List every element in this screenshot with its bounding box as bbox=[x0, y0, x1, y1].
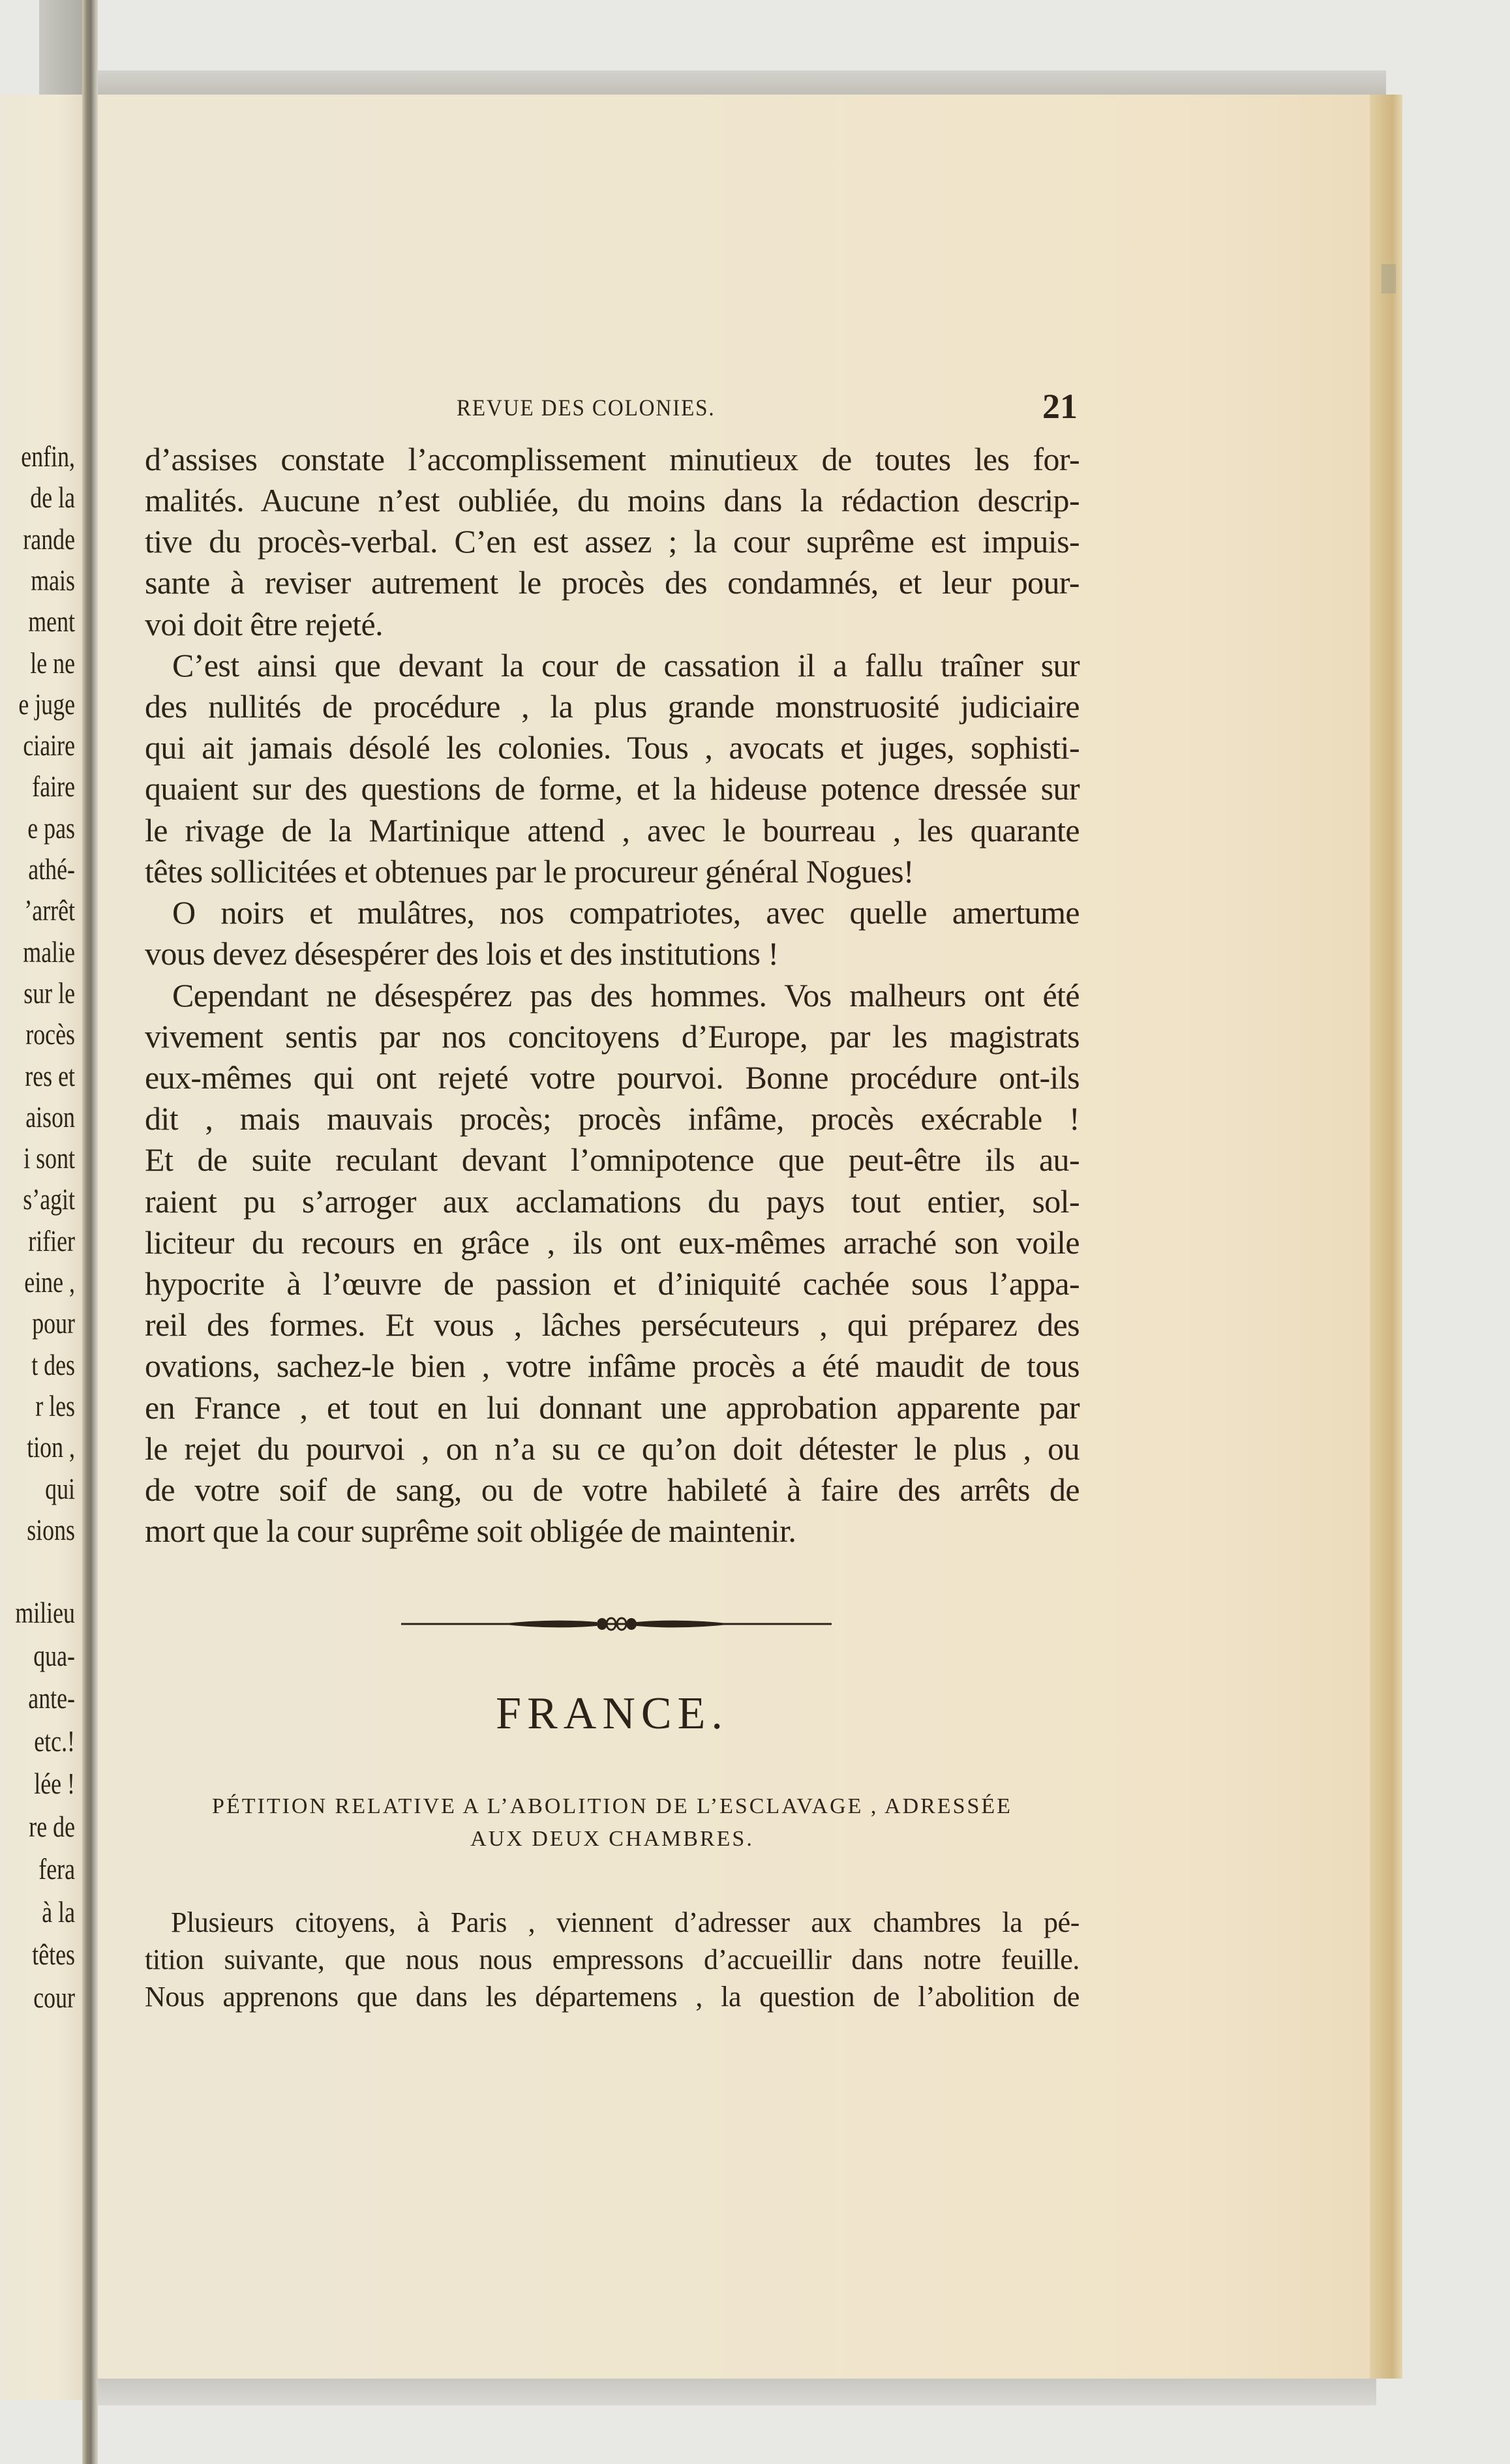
left-page-fragment: eine , bbox=[4, 1264, 75, 1300]
left-page-fragment: qua- bbox=[4, 1638, 75, 1674]
paper-stain bbox=[1382, 264, 1396, 293]
left-page-fragment: etc.! bbox=[4, 1723, 75, 1760]
left-page-fragment: res et bbox=[4, 1058, 75, 1094]
left-page-fragment: e juge bbox=[4, 686, 75, 723]
left-page-fragment: malie bbox=[4, 934, 75, 970]
text-line: quaient sur des questions de forme, et l… bbox=[145, 768, 1080, 809]
left-page-fragment: e pas bbox=[4, 810, 75, 847]
left-page-fragment: re de bbox=[4, 1809, 75, 1845]
text-line: Plusieurs citoyens, à Paris , viennent d… bbox=[145, 1904, 1080, 1941]
section-subtitle: PÉTITION RELATIVE A L’ABOLITION DE L’ESC… bbox=[145, 1792, 1080, 1821]
left-page-fragment: r les bbox=[4, 1388, 75, 1424]
left-page-fragment: ciaire bbox=[4, 727, 75, 764]
text-line: reil des formes. Et vous , lâches perséc… bbox=[145, 1304, 1080, 1345]
text-line: d’assises constate l’accomplissement min… bbox=[145, 438, 1080, 480]
left-page-fragment: ’arrêt bbox=[4, 892, 75, 929]
left-page-fragment: faire bbox=[4, 768, 75, 805]
left-page-fragment: pour bbox=[4, 1305, 75, 1342]
page-top-shadow bbox=[98, 70, 1386, 97]
page-fore-edge bbox=[1370, 95, 1402, 2379]
left-page-fragment: à la bbox=[4, 1894, 75, 1931]
left-page-fragment: enfin, bbox=[4, 438, 75, 475]
text-line: en France , et tout en lui donnant une a… bbox=[145, 1387, 1080, 1428]
left-page-fragment: athé- bbox=[4, 851, 75, 888]
section-subtitle: AUX DEUX CHAMBRES. bbox=[145, 1825, 1080, 1854]
book-spine bbox=[82, 0, 98, 2464]
left-page-fragment: rande bbox=[4, 521, 75, 558]
text-line: Et de suite reculant devant l’omnipotenc… bbox=[145, 1139, 1080, 1180]
left-page-fragment: sions bbox=[4, 1512, 75, 1548]
left-page-fragment: aison bbox=[4, 1099, 75, 1135]
ornamental-rule-icon bbox=[401, 1616, 832, 1632]
page-bottom-shadow bbox=[98, 2378, 1376, 2405]
text-line: tive du procès-verbal. C’en est assez ; … bbox=[145, 520, 1080, 562]
text-line: le rejet du pourvoi , on n’a su ce qu’on… bbox=[145, 1428, 1080, 1469]
left-page-fragment: sur le bbox=[4, 975, 75, 1012]
text-line: Cependant ne désespérez pas des hommes. … bbox=[145, 974, 1080, 1016]
text-line: eux-mêmes qui ont rejeté votre pourvoi. … bbox=[145, 1057, 1080, 1098]
left-page-fragment: rocès bbox=[4, 1016, 75, 1053]
text-line: Nous apprenons que dans les départemens … bbox=[145, 1979, 1080, 2015]
left-page-fragment: le ne bbox=[4, 645, 75, 682]
left-page-fragment: rifier bbox=[4, 1223, 75, 1259]
left-page-fragment: t des bbox=[4, 1347, 75, 1383]
text-line: O noirs et mulâtres, nos compatriotes, a… bbox=[145, 892, 1080, 933]
text-line: le rivage de la Martinique attend , avec… bbox=[145, 809, 1080, 851]
left-page-fragment: de la bbox=[4, 479, 75, 516]
text-line: ovations, sachez-le bien , votre infâme … bbox=[145, 1345, 1080, 1387]
section-title: FRANCE. bbox=[145, 1688, 1080, 1740]
text-line: têtes sollicitées et obtenues par le pro… bbox=[145, 850, 1080, 892]
left-page-fragment: s’agit bbox=[4, 1181, 75, 1218]
text-line: vous devez désespérer des lois et des in… bbox=[145, 933, 1080, 974]
text-line: hypocrite à l’œuvre de passion et d’iniq… bbox=[145, 1263, 1080, 1304]
text-line: sante à reviser autrement le procès des … bbox=[145, 562, 1080, 603]
left-page-fragment: qui bbox=[4, 1471, 75, 1507]
text-line: liciteur du recours en grâce , ils ont e… bbox=[145, 1222, 1080, 1263]
left-page-fragment: ment bbox=[4, 603, 75, 640]
text-line: malités. Aucune n’est oubliée, du moins … bbox=[145, 479, 1080, 521]
text-line: de votre soif de sang, ou de votre habil… bbox=[145, 1469, 1080, 1510]
left-page-fragment: têtes bbox=[4, 1936, 75, 1973]
text-line: vivement sentis par nos concitoyens d’Eu… bbox=[145, 1015, 1080, 1057]
left-page-fragment: fera bbox=[4, 1851, 75, 1887]
text-line: voi doit être rejeté. bbox=[145, 603, 1080, 645]
page-number: 21 bbox=[1042, 386, 1078, 427]
left-page-fragment: tion , bbox=[4, 1429, 75, 1465]
text-line: tition suivante, que nous nous empresson… bbox=[145, 1942, 1080, 1978]
left-page-fragment: cour bbox=[4, 1979, 75, 2016]
text-line: des nullités de procédure , la plus gran… bbox=[145, 685, 1080, 727]
left-page-fragment: i sont bbox=[4, 1140, 75, 1177]
text-line: mort que la cour suprême soit obligée de… bbox=[145, 1510, 1080, 1552]
running-title: REVUE DES COLONIES. bbox=[457, 394, 716, 421]
text-line: C’est ainsi que devant la cour de cassat… bbox=[145, 644, 1080, 686]
text-line: dit , mais mauvais procès; procès infâme… bbox=[145, 1098, 1080, 1139]
left-page-fragment: lée ! bbox=[4, 1765, 75, 1802]
text-line: raient pu s’arroger aux acclamations du … bbox=[145, 1180, 1080, 1222]
left-page-fragment: milieu bbox=[4, 1595, 75, 1631]
left-page-fragment: ante- bbox=[4, 1680, 75, 1717]
text-line: qui ait jamais désolé les colonies. Tous… bbox=[145, 727, 1080, 768]
left-page-fragment: mais bbox=[4, 562, 75, 599]
